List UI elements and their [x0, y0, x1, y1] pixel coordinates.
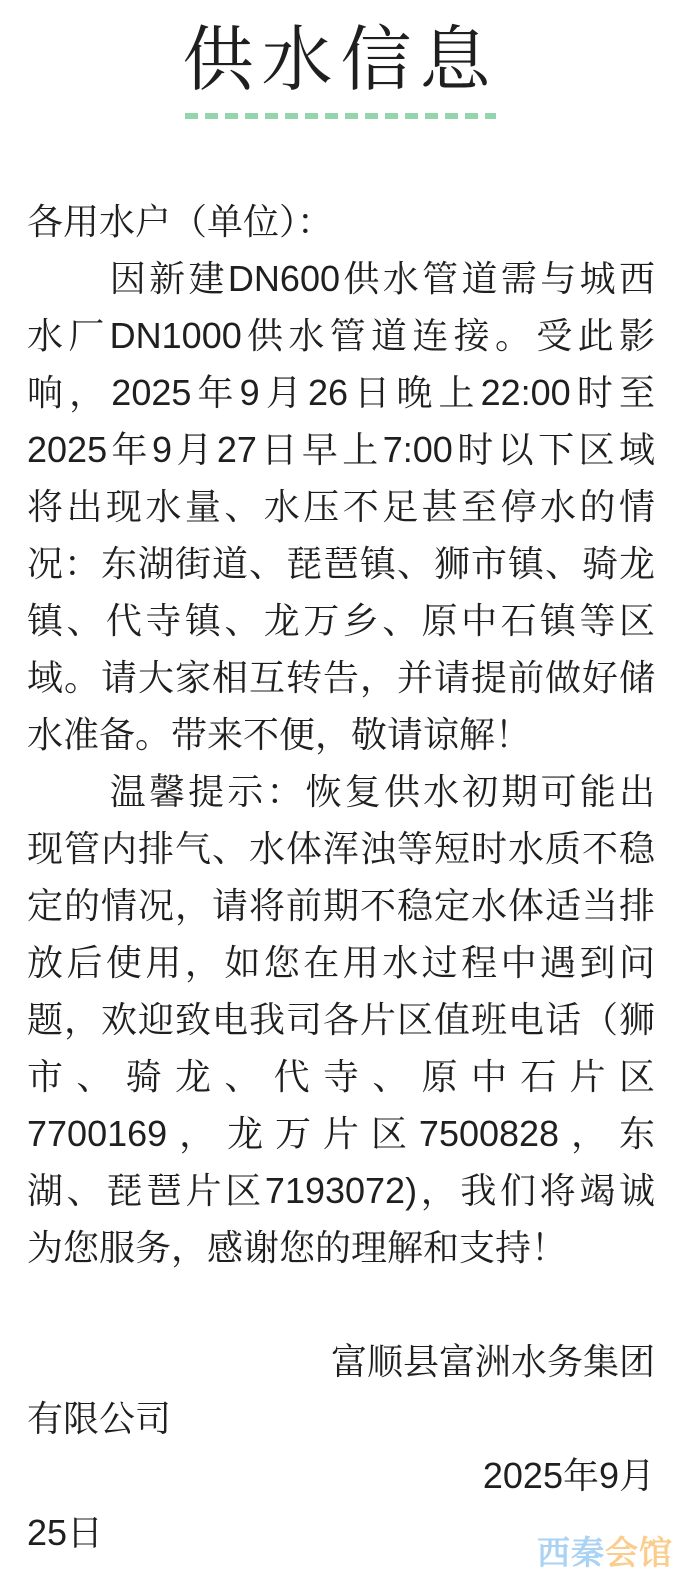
watermark-logo: 西秦会馆	[537, 1536, 673, 1569]
company-name-line: 有限公司	[27, 1390, 655, 1447]
notice-line: 因新建DN600供水管道需与城西	[27, 250, 655, 307]
date-line: 2025年9月	[27, 1447, 655, 1504]
notice-line: 域。请大家相互转告，并请提前做好储	[27, 649, 655, 706]
notice-line: 放后使用，如您在用水过程中遇到问	[27, 934, 655, 991]
notice-body: 各用水户（单位）：因新建DN600供水管道需与城西水厂DN1000供水管道连接。…	[27, 193, 655, 1276]
notice-line: 市、骑龙、代寺、原中石片区	[27, 1048, 655, 1105]
notice-line: 湖、琵琶片区7193072)，我们将竭诚	[27, 1162, 655, 1219]
notice-closing: 富顺县富洲水务集团有限公司2025年9月25日	[27, 1333, 655, 1561]
notice-line: 响，2025年9月26日晚上22:00时至	[27, 364, 655, 421]
notice-line: 7700169，龙万片区7500828，东	[27, 1105, 655, 1162]
notice-line: 各用水户（单位）：	[27, 193, 655, 250]
notice-line: 况：东湖街道、琵琶镇、狮市镇、骑龙	[27, 535, 655, 592]
notice-line: 镇、代寺镇、龙万乡、原中石镇等区	[27, 592, 655, 649]
watermark-text-right: 会馆	[605, 1534, 673, 1571]
notice-line: 现管内排气、水体浑浊等短时水质不稳	[27, 820, 655, 877]
title-underline-dashes	[185, 113, 496, 119]
page-title: 供水信息	[0, 0, 681, 104]
notice-line: 为您服务，感谢您的理解和支持！	[27, 1219, 655, 1276]
notice-page: 供水信息 各用水户（单位）：因新建DN600供水管道需与城西水厂DN1000供水…	[0, 0, 681, 1577]
company-name-line: 富顺县富洲水务集团	[27, 1333, 655, 1390]
notice-line: 温馨提示：恢复供水初期可能出	[27, 763, 655, 820]
notice-line: 定的情况，请将前期不稳定水体适当排	[27, 877, 655, 934]
notice-line: 题，欢迎致电我司各片区值班电话（狮	[27, 991, 655, 1048]
notice-line: 2025年9月27日早上7:00时以下区域	[27, 421, 655, 478]
watermark-text-left: 西秦	[537, 1534, 605, 1571]
notice-line: 水准备。带来不便，敬请谅解！	[27, 706, 655, 763]
notice-line: 将出现水量、水压不足甚至停水的情	[27, 478, 655, 535]
notice-line: 水厂DN1000供水管道连接。受此影	[27, 307, 655, 364]
